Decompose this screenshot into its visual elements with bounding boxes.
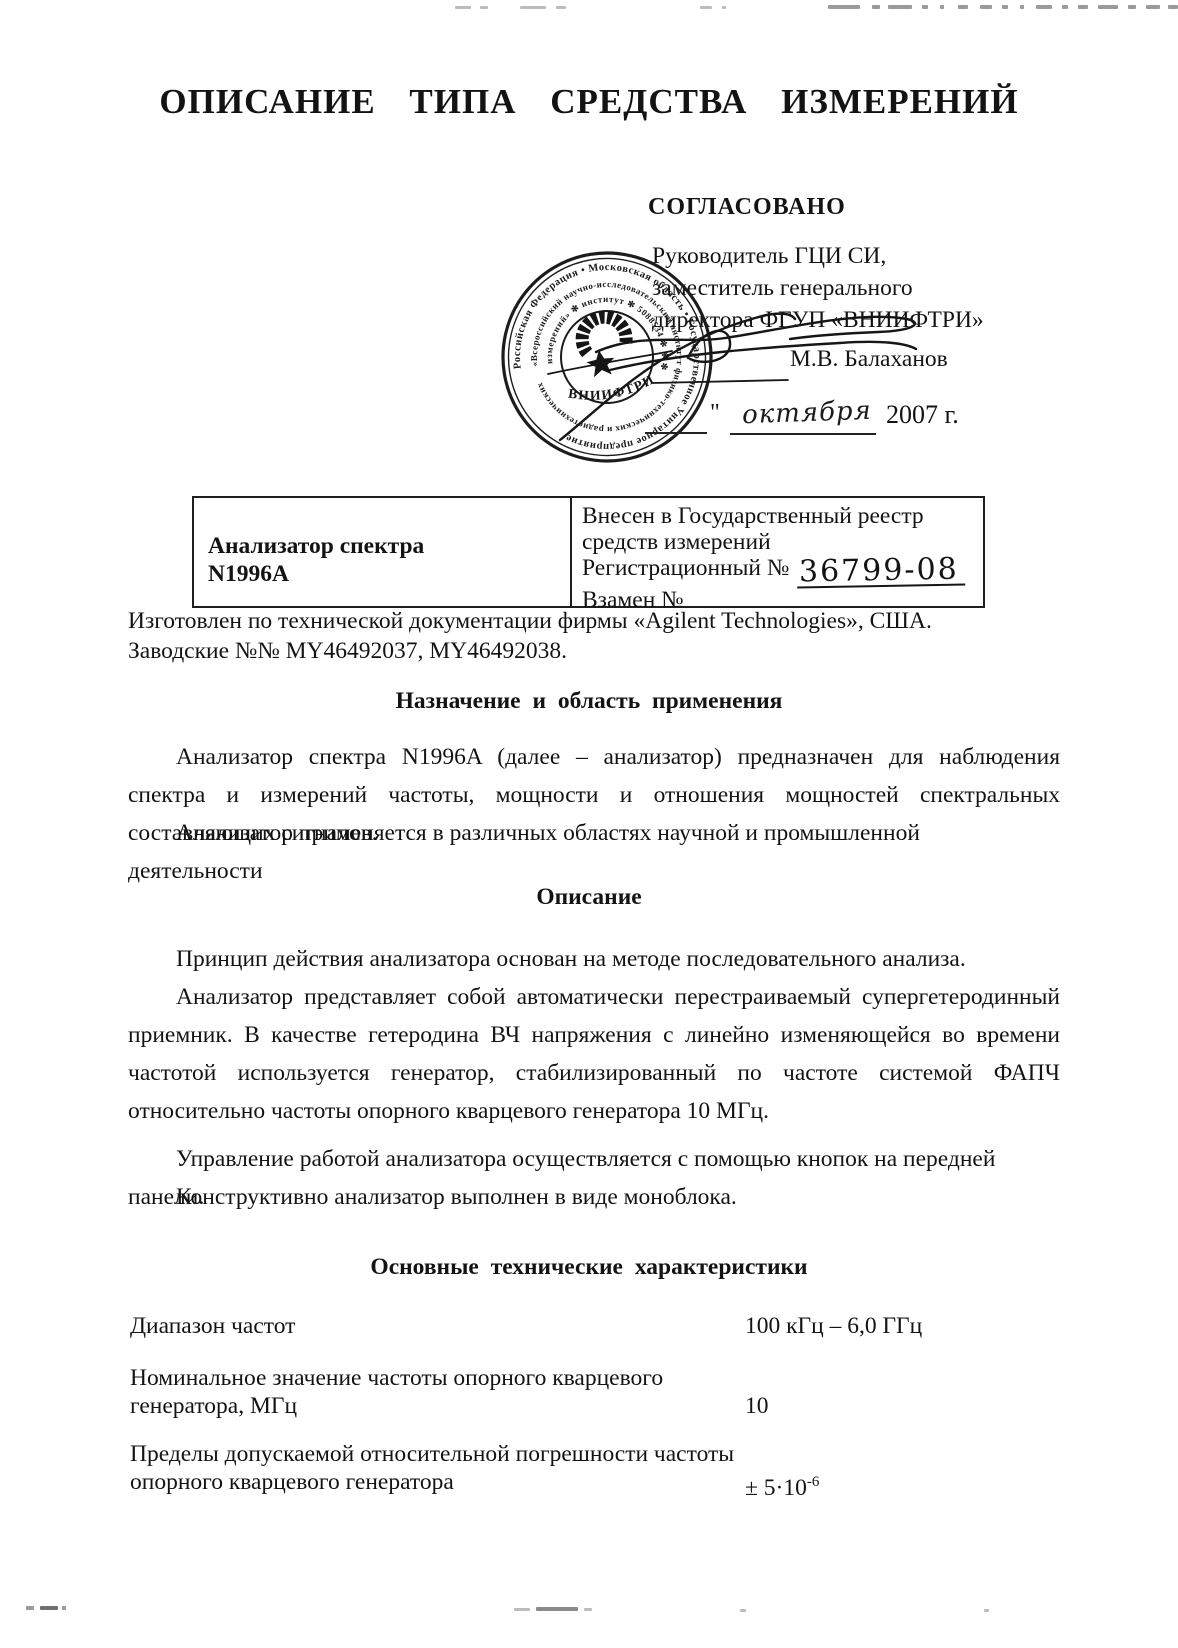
document-title: ОПИСАНИЕ ТИПА СРЕДСТВА ИЗМЕРЕНИЙ xyxy=(0,82,1178,122)
manufacture-line-1: Изготовлен по технической документации ф… xyxy=(128,606,1048,636)
approval-line-1: Руководитель ГЦИ СИ, xyxy=(652,240,984,272)
approval-line-3: директора ФГУП «ВНИИФТРИ» xyxy=(652,304,984,336)
description-heading: Описание xyxy=(0,884,1178,911)
spec-row-frequency-range: Диапазон частот 100 кГц – 6,0 ГГц xyxy=(130,1312,1060,1340)
approval-line-2: заместитель генерального xyxy=(652,272,984,304)
registration-number-handwritten: 36799-08 xyxy=(797,557,965,589)
registry-entry-line-1: Внесен в Государственный реестр xyxy=(582,503,975,529)
spec-label: Диапазон частот xyxy=(130,1312,755,1340)
spec-row-frequency-error: Пределы допускаемой относительной погреш… xyxy=(130,1440,1060,1496)
spec-value-base: ± 5·10 xyxy=(745,1475,807,1501)
spec-label: Пределы допускаемой относительной погреш… xyxy=(130,1440,755,1496)
date-year: 2007 г. xyxy=(886,400,959,430)
registry-entry-cell: Внесен в Государственный реестр средств … xyxy=(572,498,983,606)
description-paragraph-2: Анализатор представляет собой автоматиче… xyxy=(128,978,1060,1130)
date-day-underline xyxy=(645,432,707,434)
instrument-line-2: N1996A xyxy=(208,560,570,588)
manufacture-note: Изготовлен по технической документации ф… xyxy=(128,606,1048,666)
manufacture-line-2: Заводские №№ MY46492037, MY46492038. xyxy=(128,636,1048,666)
description-paragraph-1: Принцип действия анализатора основан на … xyxy=(128,940,1060,978)
date-month-underline xyxy=(730,433,876,435)
specs-heading: Основные технические характеристики xyxy=(0,1254,1178,1281)
purpose-heading: Назначение и область применения xyxy=(0,688,1178,715)
svg-text:ВНИИФТРИ: ВНИИФТРИ xyxy=(565,370,659,408)
purpose-paragraph-2: Анализатор применяется в различных облас… xyxy=(128,814,1060,890)
signature-underline xyxy=(652,380,788,383)
signer-name: М.В. Балаханов xyxy=(790,346,948,373)
agreed-label: СОГЛАСОВАНО xyxy=(648,194,846,221)
registration-number-label: Регистрационный № xyxy=(582,555,789,581)
registry-table: Анализатор спектра N1996A Внесен в Госуд… xyxy=(192,496,985,608)
date-quote-mark: " xyxy=(710,400,720,427)
spec-value-exponent: -6 xyxy=(807,1474,820,1490)
instrument-line-1: Анализатор спектра xyxy=(208,532,570,560)
spec-value: 100 кГц – 6,0 ГГц xyxy=(745,1312,922,1340)
registry-entry-line-2: средств измерений xyxy=(582,529,975,555)
spec-value: 10 xyxy=(745,1392,769,1420)
stamp-center-label: ВНИИФТРИ xyxy=(565,370,659,408)
description-paragraph-4: Конструктивно анализатор выполнен в виде… xyxy=(128,1178,1060,1216)
date-month-handwritten: октября xyxy=(742,396,873,431)
stamp-emblem-arc-icon xyxy=(579,314,628,354)
spec-value: ± 5·10-6 xyxy=(745,1468,819,1502)
instrument-name-cell: Анализатор спектра N1996A xyxy=(194,498,572,606)
stamp-emblem-star-icon xyxy=(585,348,617,378)
document-page: ОПИСАНИЕ ТИПА СРЕДСТВА ИЗМЕРЕНИЙ СОГЛАСО… xyxy=(0,0,1178,1648)
spec-row-reference-frequency: Номинальное значение частоты опорного кв… xyxy=(130,1364,1060,1420)
approval-block: Руководитель ГЦИ СИ, заместитель генерал… xyxy=(652,240,984,336)
spec-label: Номинальное значение частоты опорного кв… xyxy=(130,1364,755,1420)
